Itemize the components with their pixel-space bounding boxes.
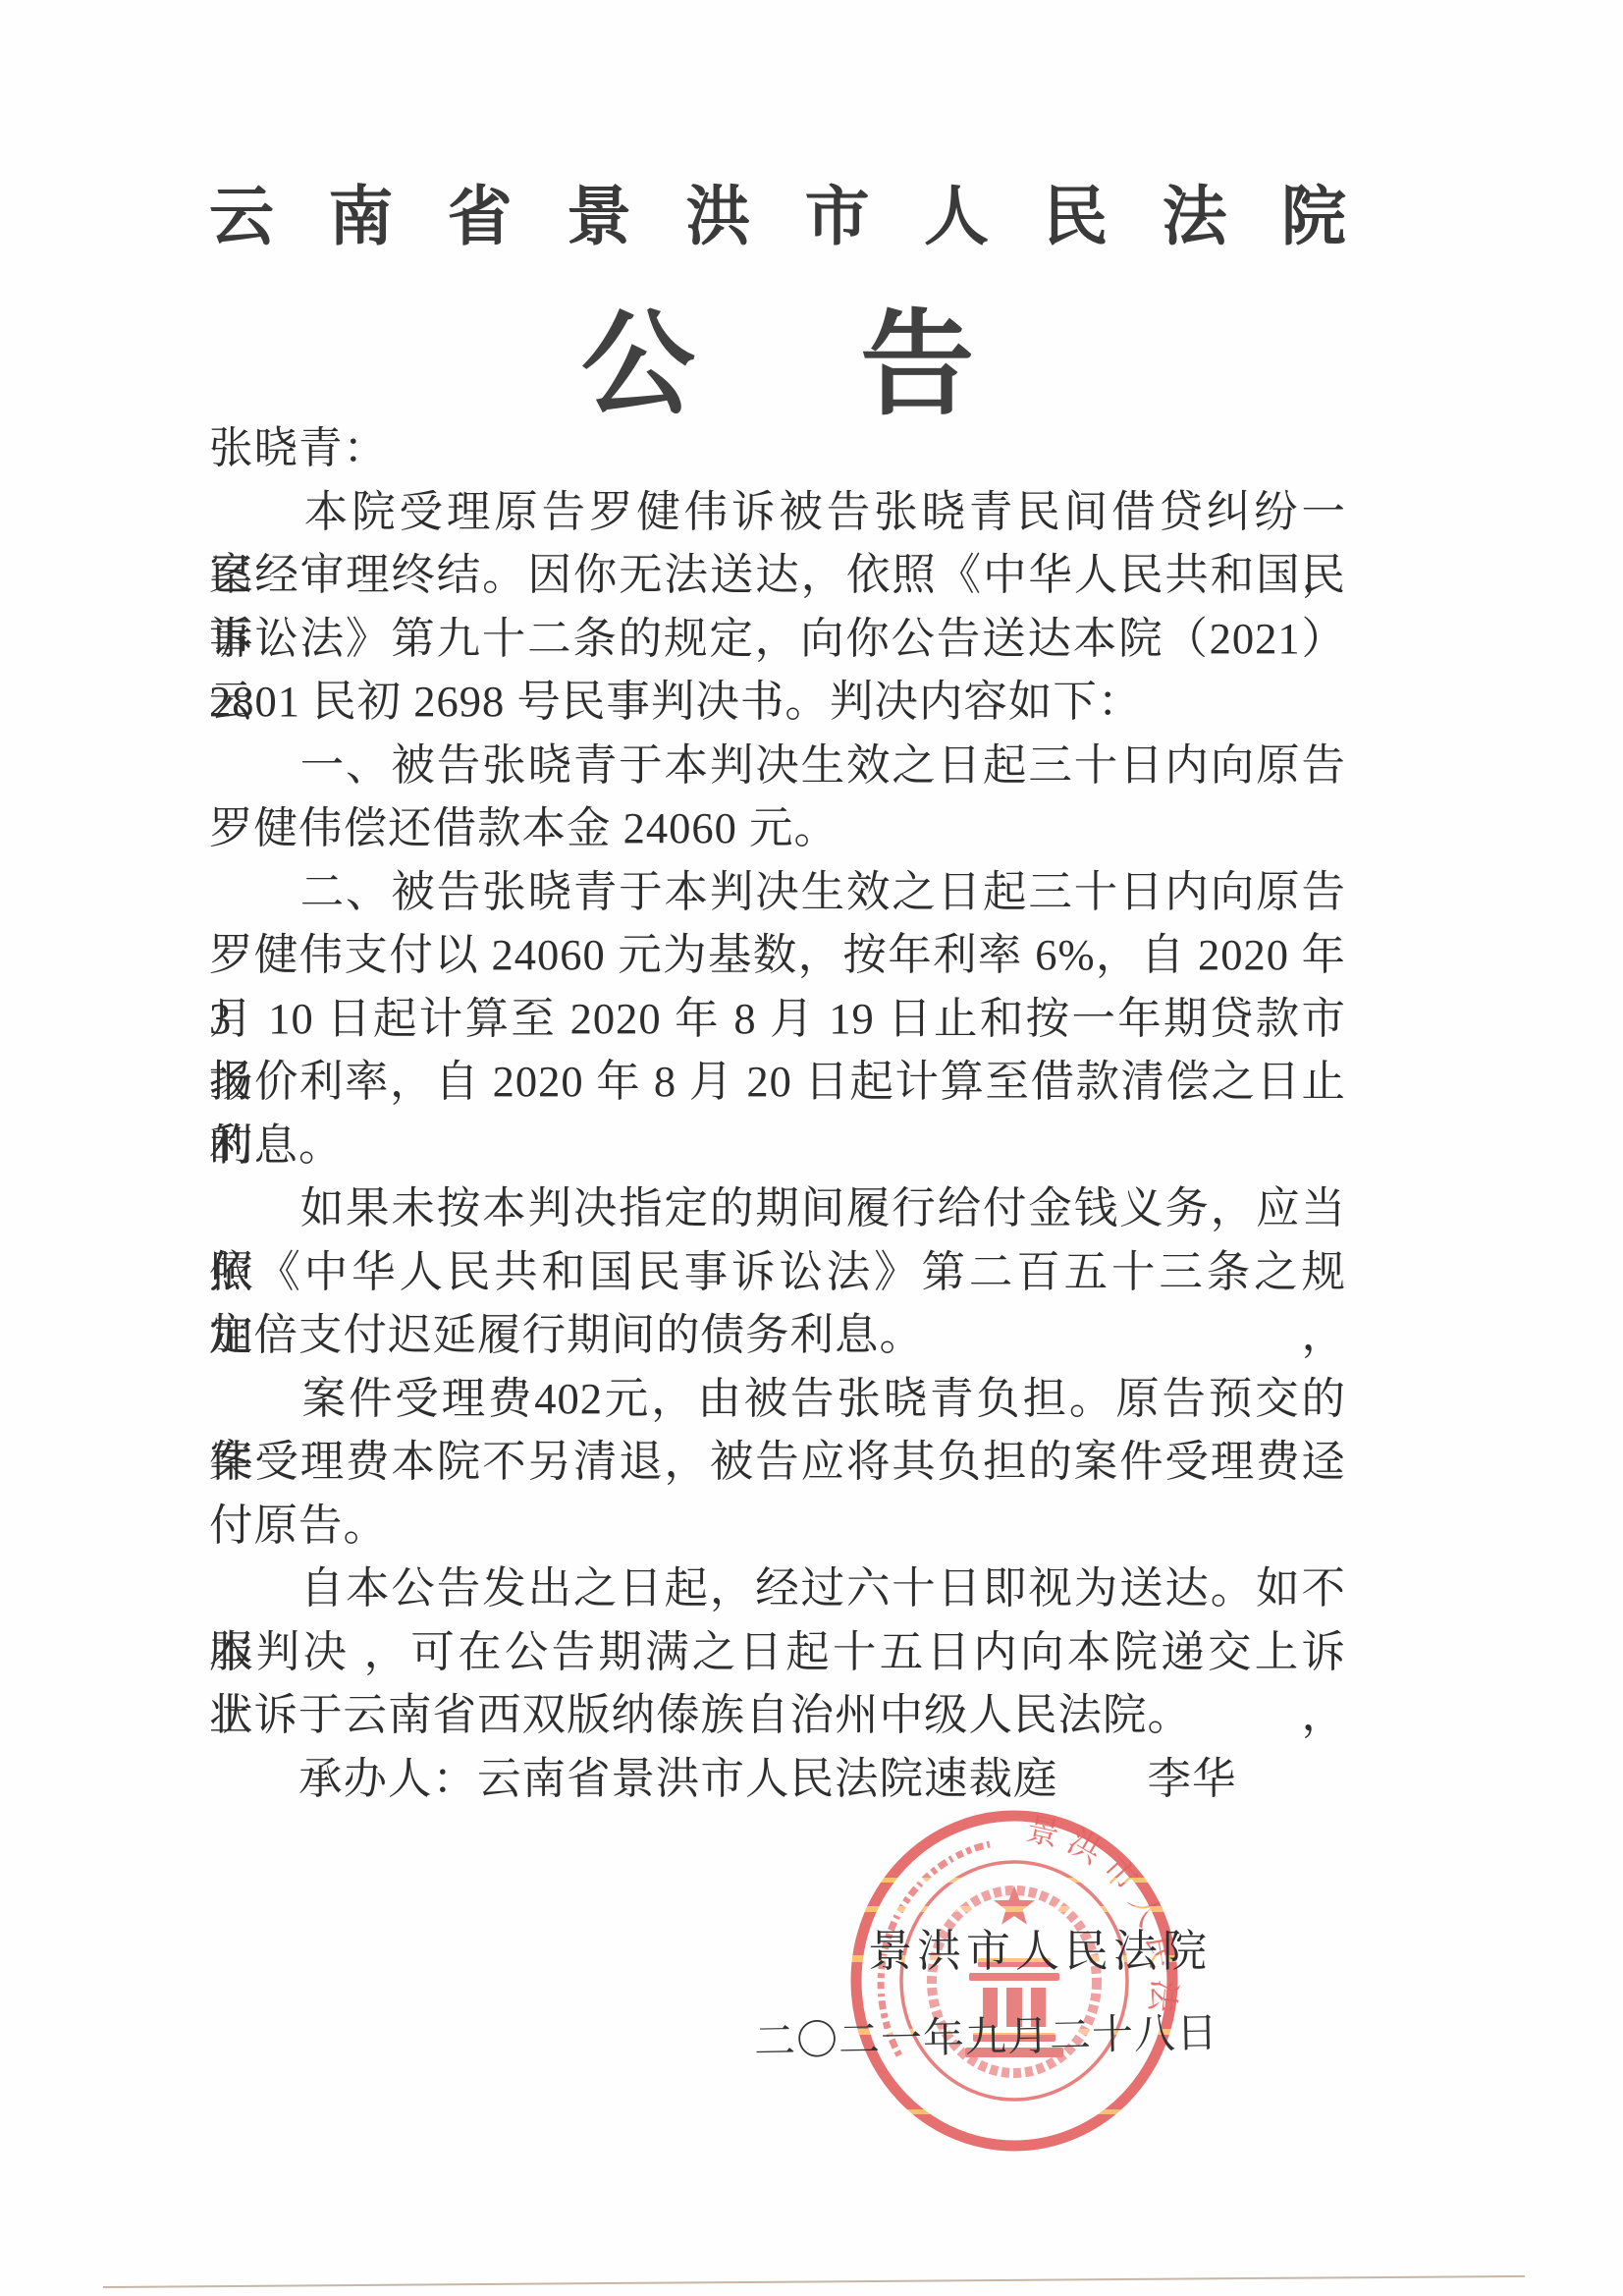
body-line: 月 10 日起计算至 2020 年 8 月 19 日止和按一年期贷款市场	[209, 987, 1346, 1051]
body-line: 承办人：云南省景洪市人民法院速裁庭 李华	[209, 1747, 1346, 1811]
body-line: 照《中华人民共和国民事诉讼法》第二百五十三条之规定，	[209, 1240, 1346, 1304]
body-line: 如果未按本判决指定的期间履行给付金钱义务，应当依	[209, 1176, 1346, 1240]
body-line: 张晓青：	[209, 416, 1346, 480]
body-line: 2801 民初 2698 号民事判决书。判决内容如下：	[209, 670, 1346, 734]
body-line: 利息。	[209, 1114, 1346, 1177]
signature-date: 二〇二一年九月二十八日	[753, 2000, 1218, 2068]
body-line: 上诉于云南省西双版纳傣族自治州中级人民法院。	[209, 1683, 1346, 1747]
signature-court-name: 景洪市人民法院	[868, 1915, 1212, 1979]
body-line: 本判决 ，可在公告期满之日起十五日内向本院递交上诉状，	[209, 1620, 1346, 1684]
body-line: 本院受理原告罗健伟诉被告张晓青民间借贷纠纷一案，	[209, 480, 1346, 544]
body-line: 罗健伟支付以 24060 元为基数，按年利率 6%，自 2020 年 3	[209, 923, 1346, 987]
body-line: 案件受理费402元，由被告张晓青负担。原告预交的案	[209, 1367, 1346, 1431]
notice-body: 张晓青： 本院受理原告罗健伟诉被告张晓青民间借贷纠纷一案，已经审理终结。因你无法…	[209, 416, 1346, 1810]
body-line: 报价利率，自 2020 年 8 月 20 日起计算至借款清偿之日止的	[209, 1050, 1346, 1114]
court-seal: 景洪市人民法院	[842, 1805, 1186, 2157]
body-line: 罗健伟偿还借款本金 24060 元。	[209, 796, 1346, 860]
body-line: 付原告。	[209, 1494, 1346, 1558]
body-line: 自本公告发出之日起，经过六十日即视为送达。如不服	[209, 1557, 1346, 1620]
announcement-page: 云南省景洪市人民法院 公告 张晓青： 本院受理原告罗健伟诉被告张晓青民间借贷纠纷…	[0, 0, 1623, 2296]
body-line: 已经审理终结。因你无法送达，依照《中华人民共和国民事	[209, 543, 1346, 607]
body-line: 二、被告张晓青于本判决生效之日起三十日内向原告	[209, 860, 1346, 924]
court-title: 云南省景洪市人民法院	[209, 177, 1346, 255]
body-line: 件受理费本院不另清退，被告应将其负担的案件受理费迳	[209, 1430, 1346, 1494]
body-line: 一、被告张晓青于本判决生效之日起三十日内向原告	[209, 734, 1346, 797]
body-line: 诉讼法》第九十二条的规定，向你公告送达本院（2021）云	[209, 607, 1346, 671]
scan-edge-artifact	[103, 2275, 1525, 2288]
